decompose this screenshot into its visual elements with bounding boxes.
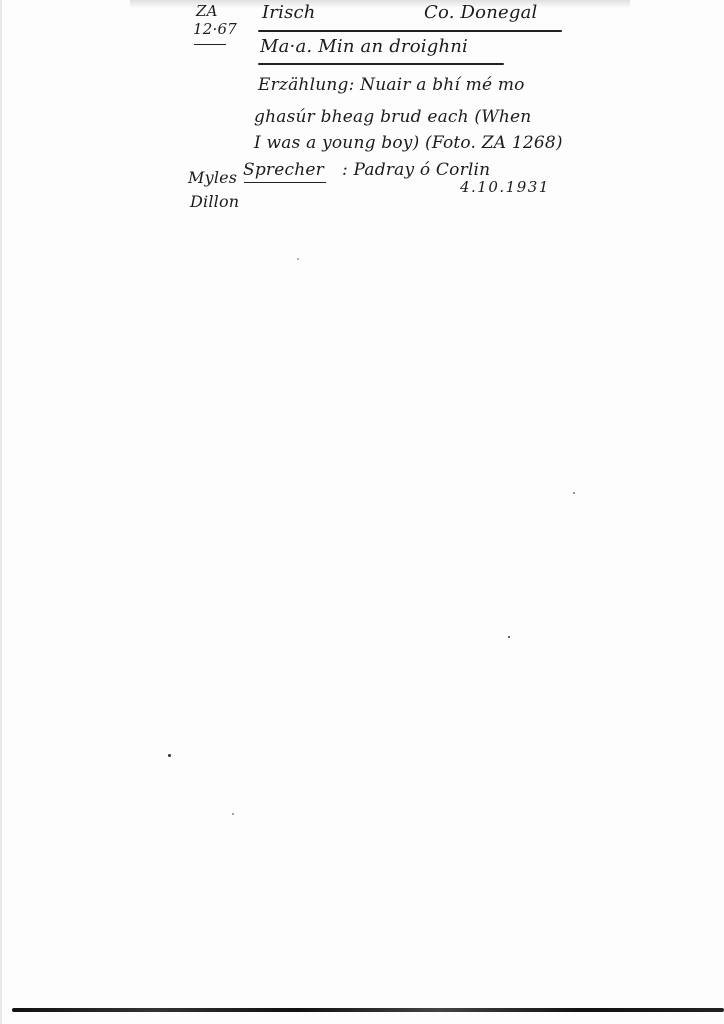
scan-speck bbox=[232, 813, 234, 815]
header-rule bbox=[258, 30, 562, 32]
archive-number: 12·67 bbox=[193, 20, 237, 38]
language-label: Irisch bbox=[262, 2, 316, 23]
county-label: Co. Donegal bbox=[424, 2, 537, 23]
collector-last-name: Dillon bbox=[190, 192, 239, 211]
scan-speck bbox=[297, 258, 299, 260]
recording-title: Ma·a. Min an droighni bbox=[260, 36, 468, 57]
scan-speck bbox=[508, 636, 510, 638]
archive-number-underline bbox=[194, 44, 226, 45]
scan-speck bbox=[573, 492, 575, 494]
speaker-label-underline bbox=[244, 182, 326, 183]
story-line: I was a young boy) (Foto. ZA 1268) bbox=[254, 130, 563, 156]
bottom-border-line bbox=[12, 1008, 724, 1012]
archive-code: ZA bbox=[196, 2, 218, 20]
speaker-label: Sprecher bbox=[243, 160, 324, 180]
collector-first-name: Myles bbox=[188, 168, 237, 187]
title-rule bbox=[258, 63, 504, 65]
scanned-archive-card: ZA 12·67 Irisch Co. Donegal Ma·a. Min an… bbox=[0, 0, 724, 1024]
story-line: Erzählung: Nuair a bhí mé mo bbox=[258, 72, 525, 98]
speaker-name: : Padray ó Corlin bbox=[342, 160, 490, 180]
recording-date: 4.10.1931 bbox=[460, 178, 550, 196]
scan-edge bbox=[0, 0, 2, 1024]
story-line: ghasúr bheag brud each (When bbox=[254, 104, 531, 130]
scan-speck bbox=[168, 754, 171, 757]
